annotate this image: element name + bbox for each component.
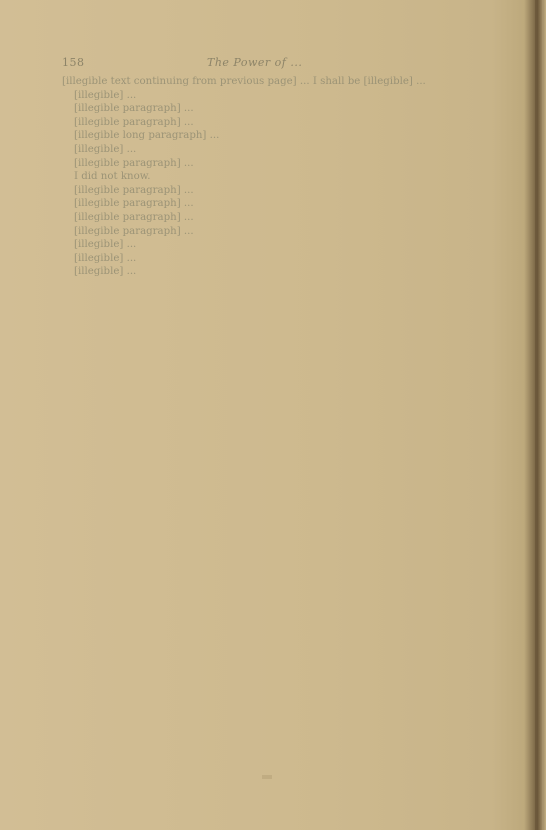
paragraph: [illegible paragraph] ...: [62, 197, 502, 211]
paragraph: [illegible] ...: [62, 265, 502, 279]
paragraph: [illegible paragraph] ...: [62, 211, 502, 225]
page-outer-edge: [542, 0, 544, 830]
paragraph: [illegible] ...: [62, 143, 502, 157]
paragraph: [illegible paragraph] ...: [62, 184, 502, 198]
running-title: The Power of ...: [207, 56, 302, 69]
paragraph: [illegible paragraph] ...: [62, 116, 502, 130]
page-number: 158: [62, 56, 85, 69]
running-header: 158 The Power of ...: [62, 56, 502, 70]
page-spine-edge: [535, 0, 538, 830]
paragraph: [illegible paragraph] ...: [62, 225, 502, 239]
paragraph: [illegible paragraph] ...: [62, 102, 502, 116]
paragraph: [illegible] ...: [62, 252, 502, 266]
paragraph: [illegible text continuing from previous…: [62, 75, 502, 89]
paragraph: [illegible paragraph] ...: [62, 157, 502, 171]
paragraph: I did not know.: [62, 170, 502, 184]
book-page: 158 The Power of ... [illegible text con…: [0, 0, 546, 830]
paragraph: [illegible] ...: [62, 89, 502, 103]
paragraph: [illegible] ...: [62, 238, 502, 252]
page-body-text: [illegible text continuing from previous…: [62, 75, 502, 279]
printer-mark: [262, 775, 272, 779]
paragraph: [illegible long paragraph] ...: [62, 129, 502, 143]
